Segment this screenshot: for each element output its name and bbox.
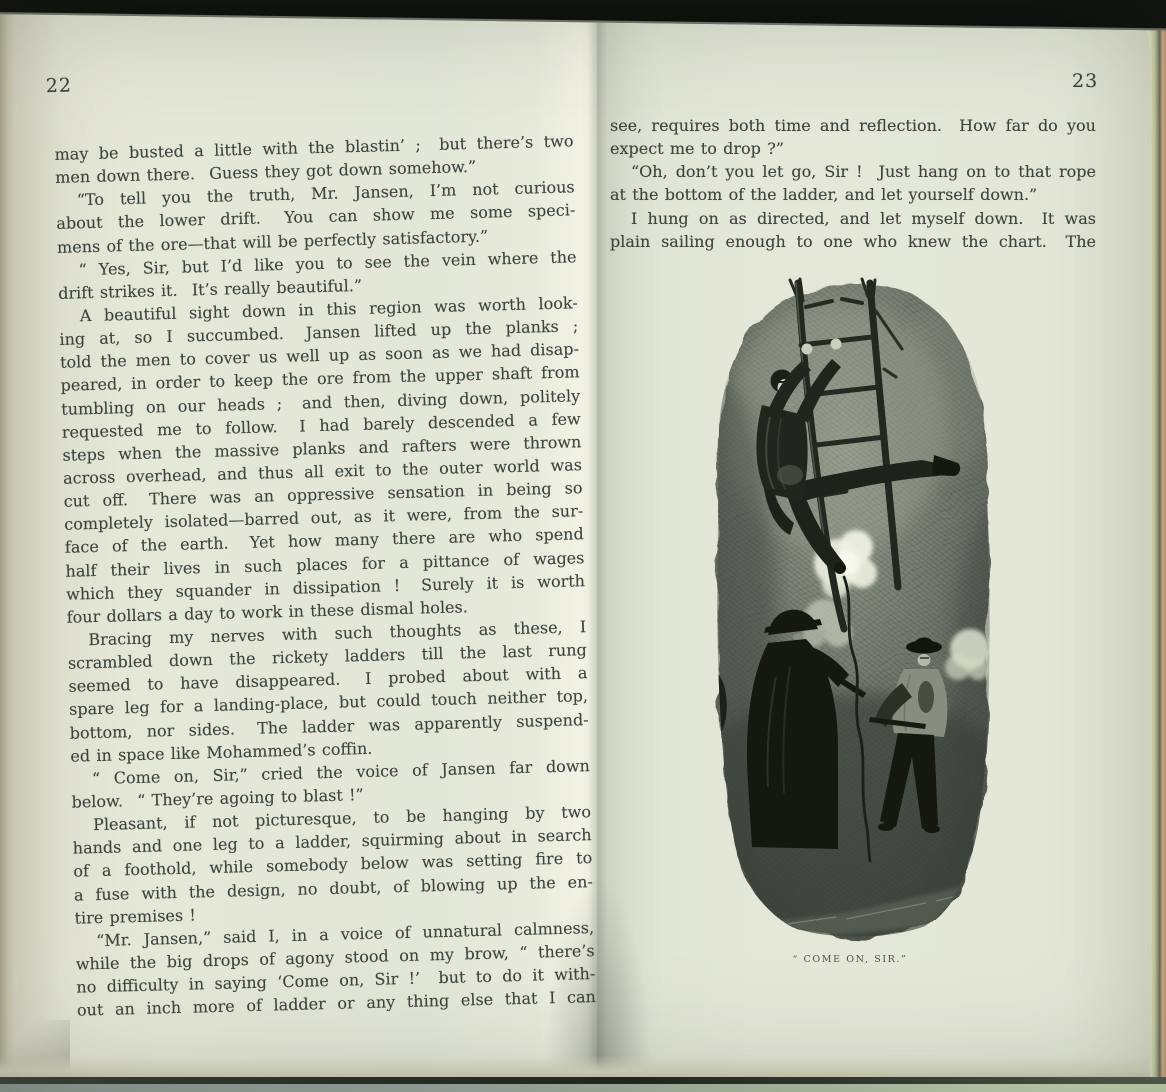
book-spread-photo: 22 may be busted a little with the blast… (0, 0, 1166, 1092)
left-page-print: 22 may be busted a little with the blast… (43, 57, 602, 1039)
text-line: I hung on as directed, and let myself do… (610, 207, 1096, 230)
page-number-left: 22 (46, 74, 73, 97)
left-text-column: may be busted a little with the blastin’… (54, 129, 596, 1022)
text-line: expect me to drop ?” (610, 137, 1096, 160)
text-line: plain sailing enough to one who knew the… (610, 230, 1096, 253)
mine-shaft-engraving (686, 276, 1010, 942)
engraving-illustration (686, 276, 1010, 942)
bottom-page-edges (0, 1056, 1150, 1078)
right-text-column: see, requires both time and reflection. … (610, 114, 1096, 253)
illustration-caption: “ COME ON, SIR.” (700, 954, 1000, 965)
text-line: “Oh, don’t you let go, Sir ! Just hang o… (610, 160, 1096, 183)
text-line: see, requires both time and reflection. … (610, 114, 1096, 137)
table-surface (0, 1084, 1166, 1092)
page-number-right: 23 (1072, 70, 1098, 92)
fore-edge-pages-left (0, 12, 15, 1078)
ore-sack (684, 666, 727, 743)
text-line: at the bottom of the ladder, and let you… (610, 183, 1096, 206)
